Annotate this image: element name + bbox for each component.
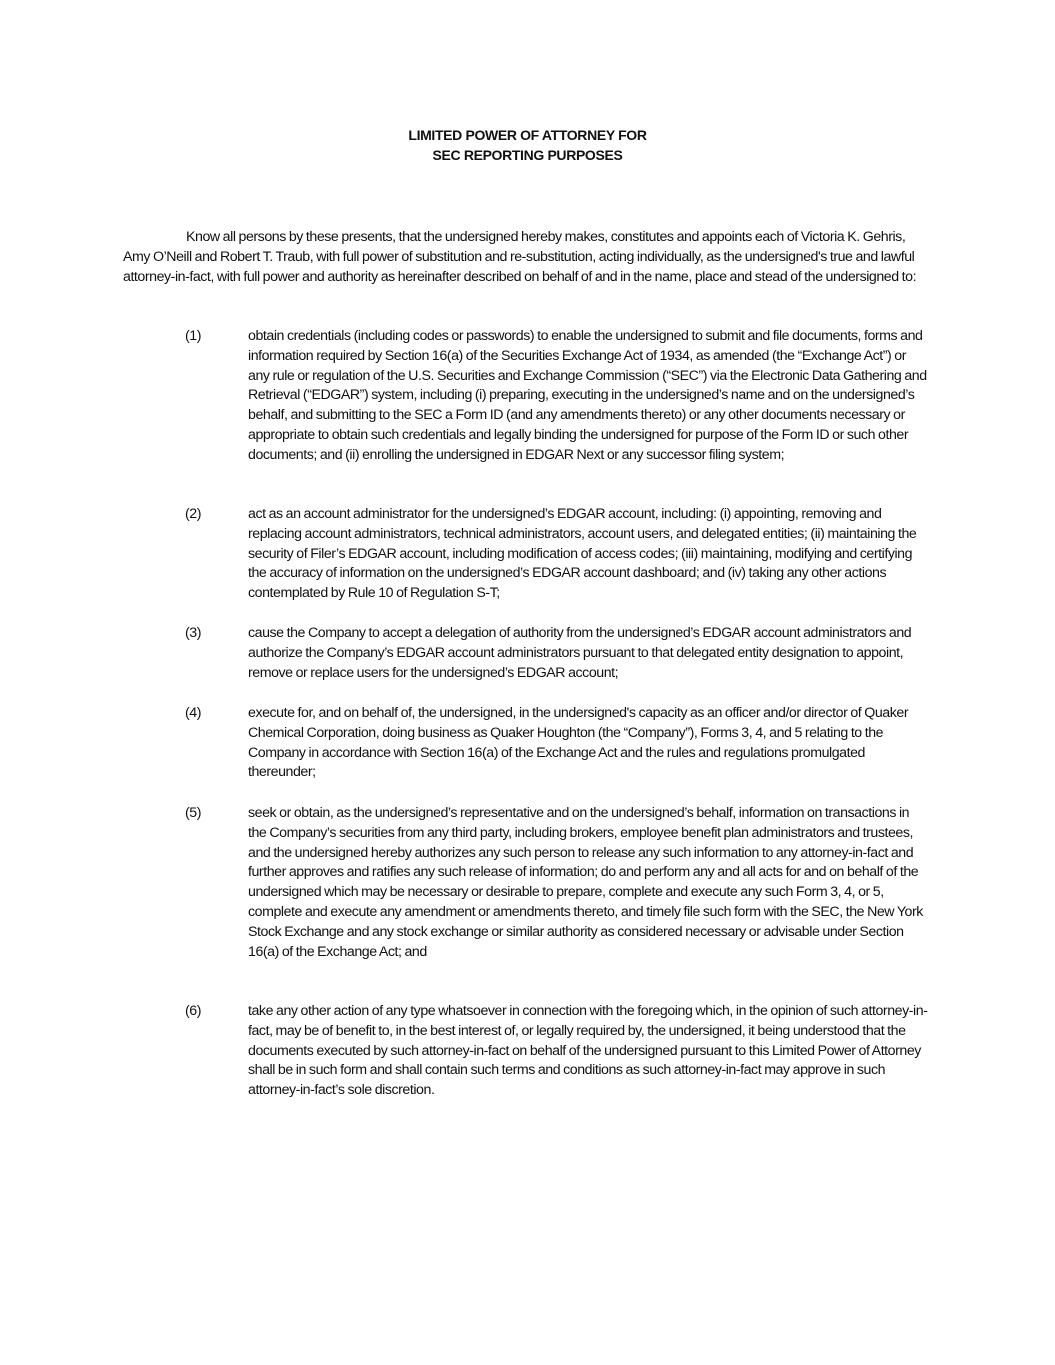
- item-text: execute for, and on behalf of, the under…: [248, 704, 928, 783]
- item-number: (1): [185, 327, 201, 347]
- title-line-2: SEC REPORTING PURPOSES: [0, 145, 1055, 165]
- item-text: take any other action of any type whatso…: [248, 1002, 928, 1101]
- item-number: (6): [185, 1002, 201, 1022]
- item-text: act as an account administrator for the …: [248, 505, 928, 604]
- title-line-1: LIMITED POWER OF ATTORNEY FOR: [0, 125, 1055, 145]
- item-text: obtain credentials (including codes or p…: [248, 327, 928, 466]
- item-number: (2): [185, 505, 201, 525]
- item-number: (4): [185, 704, 201, 724]
- document-title: LIMITED POWER OF ATTORNEY FOR SEC REPORT…: [0, 125, 1055, 165]
- item-text: seek or obtain, as the undersigned’s rep…: [248, 804, 928, 962]
- item-number: (3): [185, 624, 201, 644]
- document-page: LIMITED POWER OF ATTORNEY FOR SEC REPORT…: [0, 0, 1055, 1365]
- item-number: (5): [185, 804, 201, 824]
- item-text: cause the Company to accept a delegation…: [248, 624, 928, 683]
- intro-paragraph: Know all persons by these presents, that…: [123, 228, 933, 287]
